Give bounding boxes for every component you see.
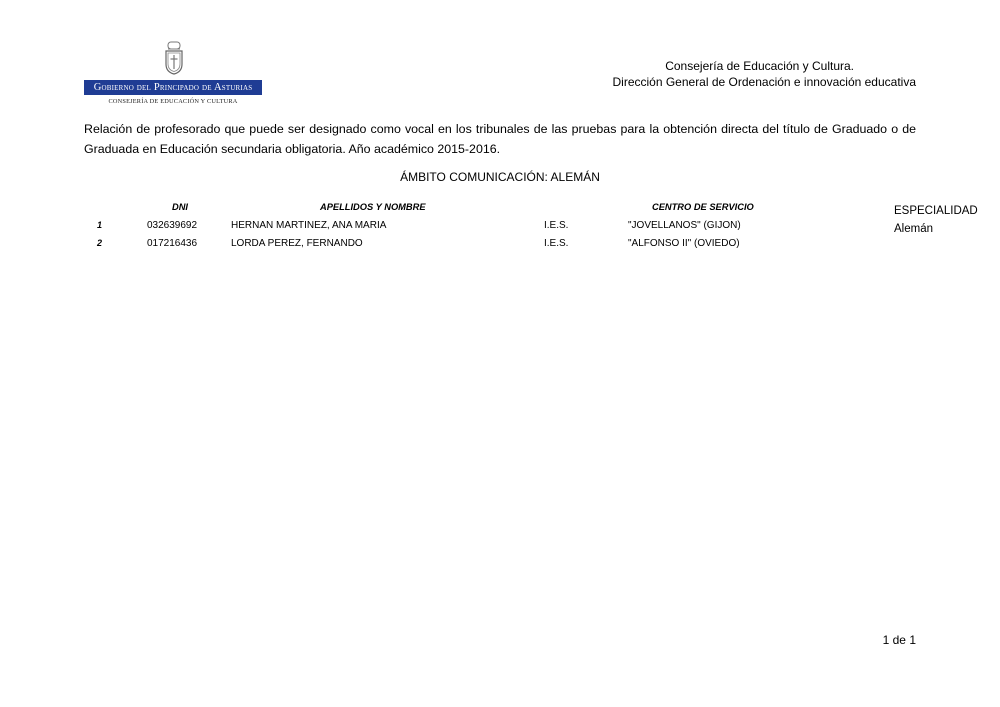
row-nombre: HERNAN MARTINEZ, ANA MARIA xyxy=(231,220,386,231)
header-centro: CENTRO DE SERVICIO xyxy=(652,202,754,212)
section-title: ÁMBITO COMUNICACIÓN: ALEMÁN xyxy=(0,170,1000,184)
row-number: 1 xyxy=(97,220,102,230)
logo-banner: Gobierno del Principado de Asturias xyxy=(84,80,262,95)
row-number: 2 xyxy=(97,238,102,248)
row-centro: "ALFONSO II" (OVIEDO) xyxy=(628,238,740,249)
table-row: 2 017216436 LORDA PEREZ, FERNANDO I.E.S.… xyxy=(0,238,1000,254)
logo-subtitle: Consejería de Educación y Cultura xyxy=(84,98,262,105)
asturias-crest-icon xyxy=(163,40,185,76)
row-tipo-centro: I.E.S. xyxy=(544,220,568,231)
header-line-1: Consejería de Educación y Cultura. xyxy=(612,58,916,74)
row-nombre: LORDA PEREZ, FERNANDO xyxy=(231,238,363,249)
row-centro: "JOVELLANOS" (GIJON) xyxy=(628,220,741,231)
header-line-2: Dirección General de Ordenación e innova… xyxy=(612,74,916,90)
table-row: 1 032639692 HERNAN MARTINEZ, ANA MARIA I… xyxy=(0,220,1000,236)
row-dni: 032639692 xyxy=(147,220,197,231)
header-dni: DNI xyxy=(172,202,188,212)
especialidad-value: Alemán xyxy=(894,223,933,235)
organization-logo: Gobierno del Principado de Asturias Cons… xyxy=(84,40,264,110)
row-dni: 017216436 xyxy=(147,238,197,249)
page-number: 1 de 1 xyxy=(883,633,916,647)
header-department: Consejería de Educación y Cultura. Direc… xyxy=(612,58,916,90)
header-nombre: APELLIDOS Y NOMBRE xyxy=(320,202,426,212)
row-tipo-centro: I.E.S. xyxy=(544,238,568,249)
intro-paragraph: Relación de profesorado que puede ser de… xyxy=(84,119,916,159)
header-especialidad: ESPECIALIDAD xyxy=(894,205,978,217)
